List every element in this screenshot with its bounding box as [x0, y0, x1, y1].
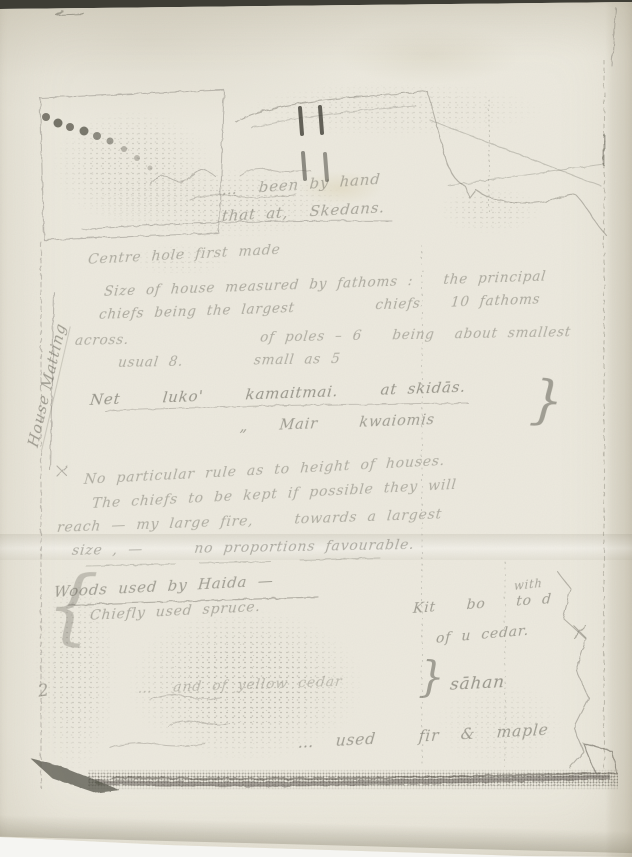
handwriting-line: … and of yellow cedar [137, 675, 343, 696]
smudge-patch [70, 158, 370, 248]
handwriting-line: Net luko' kamaitmai. at skidās. [89, 380, 466, 408]
handwriting-line: usual 8. small as 5 [117, 353, 341, 370]
paper-bottom-edge-shadow [0, 814, 632, 853]
handwriting-line: The chiefs to be kept if possible they w… [91, 478, 457, 511]
paper-sheet: House Matting … been by hand that at, Sk… [0, 0, 632, 857]
smudge-patch [28, 545, 123, 800]
tally-marks [300, 107, 327, 180]
handwriting-line: reach — my large fire, towards a largest [56, 508, 443, 536]
bottom-edge-band [30, 743, 617, 793]
underline-strokes [68, 169, 468, 748]
handwriting-line: with [514, 578, 543, 593]
handwriting-line: Centre hole first made [87, 243, 281, 267]
scan-grain [0, 0, 632, 857]
handwriting-line: that at, Skedans. [221, 200, 385, 224]
handwriting-line: No particular rule as to height of house… [83, 454, 445, 487]
handwriting-line: „ Mair kwaiomis [239, 413, 435, 434]
fold-crease [0, 534, 632, 560]
smudge-patch [110, 590, 380, 780]
pencil-sketch-layer [0, 0, 632, 857]
pencil-mark: 2 [37, 683, 50, 700]
bottom-smudge-band [88, 769, 618, 790]
handwriting-line: Size of house measured by fathoms : the … [103, 271, 547, 300]
smudge-patch [225, 75, 565, 145]
handwriting-line: Woods used by Haida — [53, 573, 274, 600]
handwriting-line: across. of poles – 6 being about smalles… [74, 326, 572, 348]
smudge-patch [120, 240, 240, 280]
smudge-patch [40, 96, 225, 238]
brace-mark: } [528, 377, 564, 426]
margin-note-house-matting: House Matting [19, 299, 74, 471]
handwriting-line: Kit bo to d [413, 592, 553, 616]
handwriting-line: … been by hand [221, 172, 381, 198]
handwriting-line: Chiefly used spruce. [89, 600, 261, 623]
handwriting-line: … used fir & maple [297, 723, 549, 752]
smudge-patch [425, 670, 575, 780]
handwriting-line: of u cedar. [436, 624, 530, 646]
handwriting-line: sāhan [449, 674, 505, 694]
scanned-page: House Matting … been by hand that at, Sk… [0, 0, 632, 857]
dot-chain-smudge [42, 113, 153, 171]
brace-mark: { [45, 569, 100, 645]
handwriting-line: chiefs being the largest chiefs 10 fatho… [98, 294, 541, 323]
smudge-patch [430, 180, 550, 240]
torn-edge-sketch [56, 11, 607, 768]
brace-mark: } [418, 658, 445, 696]
ghost-frame [40, 8, 616, 788]
